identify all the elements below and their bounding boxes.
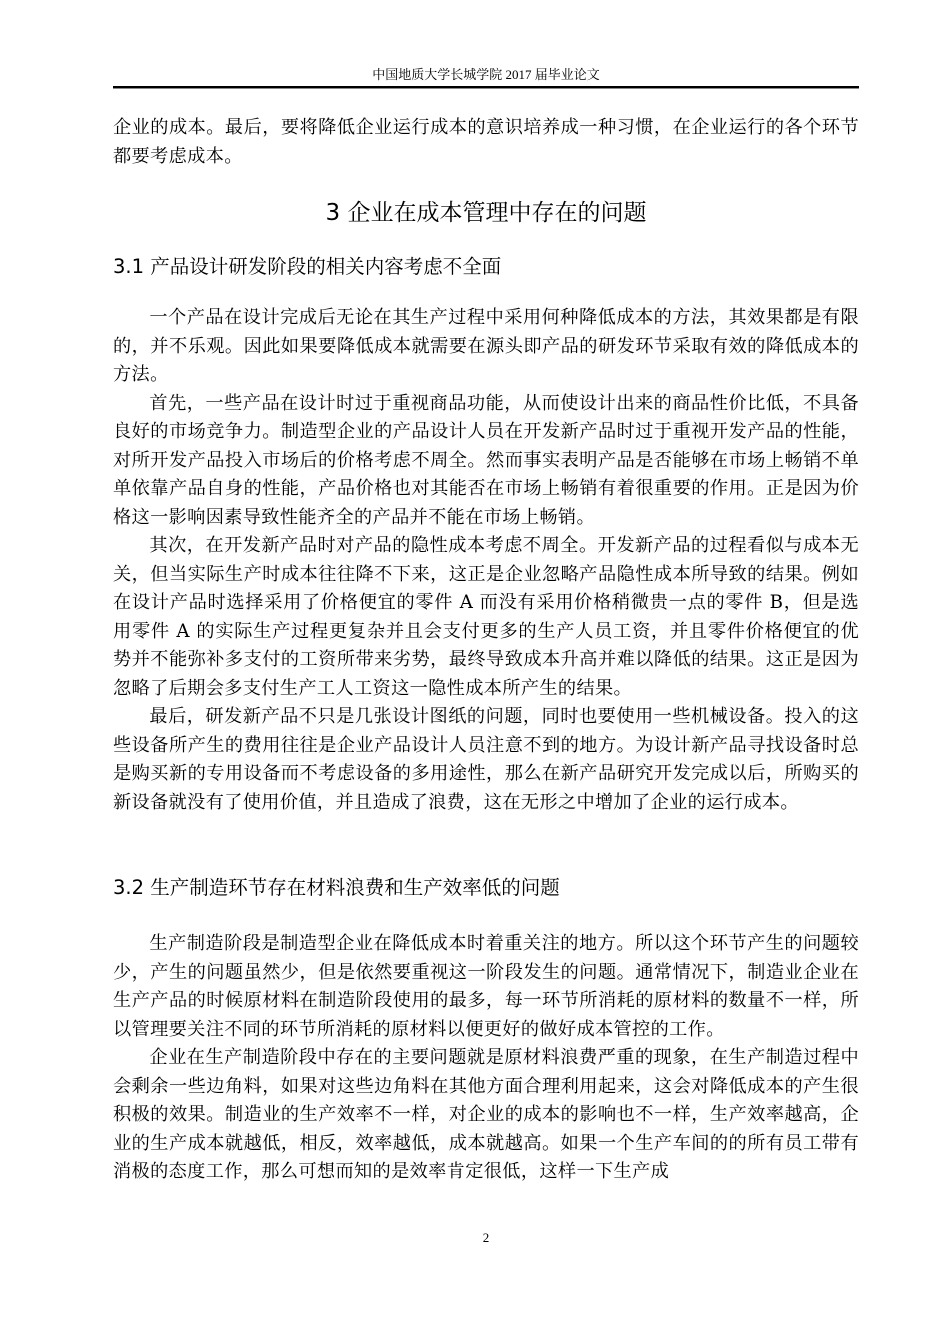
paragraph: 一个产品在设计完成后无论在其生产过程中采用何种降低成本的方法，其效果都是有限的，… (113, 304, 859, 390)
header-rule (113, 86, 859, 89)
running-header: 中国地质大学长城学院 2017 届毕业论文 (113, 66, 859, 84)
paragraph: 企业在生产制造阶段中存在的主要问题就是原材料浪费严重的现象，在生产制造过程中会剩… (113, 1044, 859, 1187)
paragraph: 首先，一些产品在设计时过于重视商品功能，从而使设计出来的商品性价比低，不具备良好… (113, 390, 859, 533)
chapter-title: 3 企业在成本管理中存在的问题 (113, 196, 859, 230)
paragraph: 最后，研发新产品不只是几张设计图纸的问题，同时也要使用一些机械设备。投入的这些设… (113, 703, 859, 817)
section-3-1-body: 一个产品在设计完成后无论在其生产过程中采用何种降低成本的方法，其效果都是有限的，… (113, 304, 859, 817)
paragraph: 生产制造阶段是制造型企业在降低成本时着重关注的地方。所以这个环节产生的问题较少，… (113, 930, 859, 1044)
page-number: 2 (113, 1230, 859, 1246)
section-heading-3-1: 3.1 产品设计研发阶段的相关内容考虑不全面 (113, 253, 859, 281)
section-3-2-body: 生产制造阶段是制造型企业在降低成本时着重关注的地方。所以这个环节产生的问题较少，… (113, 930, 859, 1187)
paragraph: 其次，在开发新产品时对产品的隐性成本考虑不周全。开发新产品的过程看似与成本无关，… (113, 532, 859, 703)
continuation-block: 企业的成本。最后，要将降低企业运行成本的意识培养成一种习惯，在企业运行的各个环节… (113, 114, 859, 171)
paragraph: 企业的成本。最后，要将降低企业运行成本的意识培养成一种习惯，在企业运行的各个环节… (113, 114, 859, 171)
section-heading-3-2: 3.2 生产制造环节存在材料浪费和生产效率低的问题 (113, 874, 859, 902)
